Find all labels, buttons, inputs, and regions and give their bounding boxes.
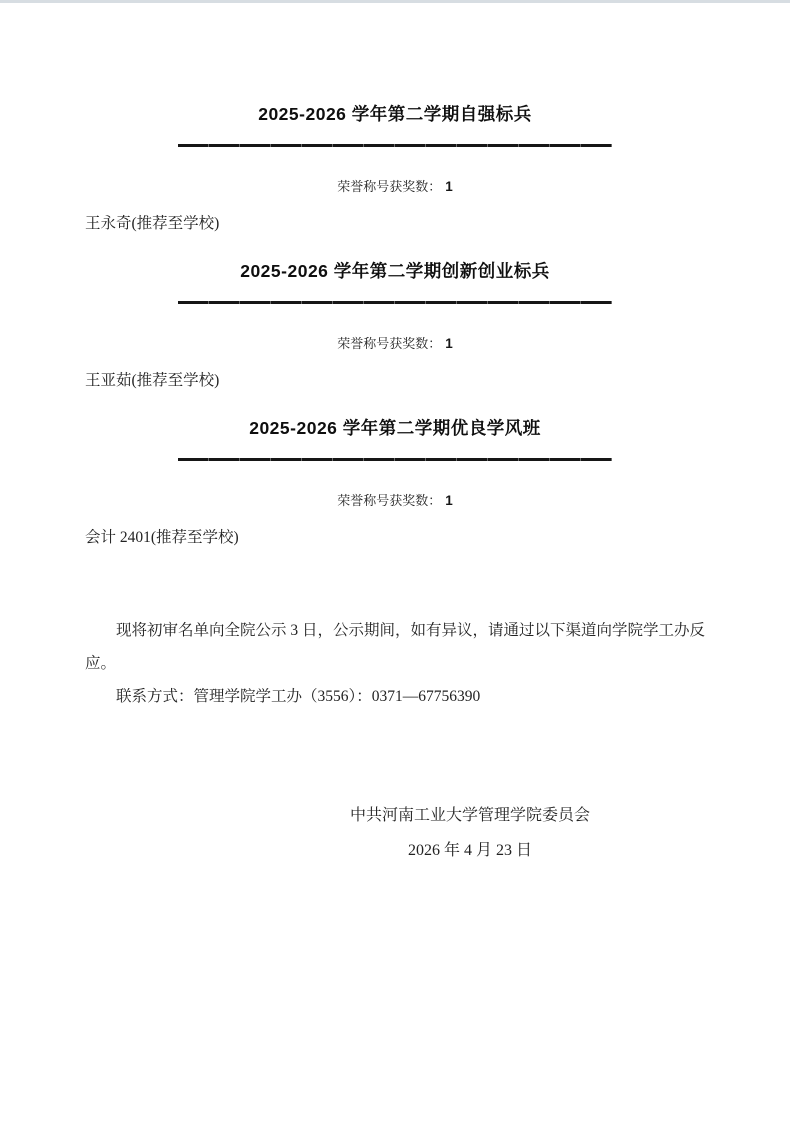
notice-paragraph: 现将初审名单向全院公示 3 日，公示期间，如有异议，请通过以下渠道向学院学工办反… bbox=[85, 614, 705, 680]
signature-date: 2026 年 4 月 23 日 bbox=[327, 841, 613, 861]
award-count-line: 荣誉称号获奖数：1 bbox=[85, 335, 705, 352]
recipient-name: 王亚茹(推荐至学校) bbox=[85, 371, 705, 391]
award-count-label: 荣誉称号获奖数： bbox=[337, 493, 441, 508]
recipient-name: 王永奇(推荐至学校) bbox=[85, 214, 705, 234]
award-section: 2025-2026 学年第二学期自强标兵 荣誉称号获奖数：1 王永奇(推荐至学校… bbox=[85, 103, 705, 234]
section-divider-line bbox=[178, 144, 612, 147]
window-top-edge bbox=[0, 0, 790, 3]
award-section-title: 2025-2026 学年第二学期优良学风班 bbox=[85, 417, 705, 439]
document-page: 2025-2026 学年第二学期自强标兵 荣誉称号获奖数：1 王永奇(推荐至学校… bbox=[0, 103, 790, 861]
recipient-name: 会计 2401(推荐至学校) bbox=[85, 528, 705, 548]
award-count-value: 1 bbox=[445, 493, 453, 508]
section-divider-line bbox=[178, 301, 612, 304]
award-section: 2025-2026 学年第二学期创新创业标兵 荣誉称号获奖数：1 王亚茹(推荐至… bbox=[85, 260, 705, 391]
section-divider-line bbox=[178, 458, 612, 461]
signature-block: 中共河南工业大学管理学院委员会 2026 年 4 月 23 日 bbox=[327, 806, 613, 861]
award-count-line: 荣誉称号获奖数：1 bbox=[85, 492, 705, 509]
award-section: 2025-2026 学年第二学期优良学风班 荣誉称号获奖数：1 会计 2401(… bbox=[85, 417, 705, 548]
contact-line: 联系方式：管理学院学工办（3556）：0371—67756390 bbox=[85, 680, 705, 713]
award-count-label: 荣誉称号获奖数： bbox=[337, 179, 441, 194]
award-count-value: 1 bbox=[445, 179, 453, 194]
signature-organization: 中共河南工业大学管理学院委员会 bbox=[327, 806, 613, 826]
award-section-title: 2025-2026 学年第二学期创新创业标兵 bbox=[85, 260, 705, 282]
award-count-value: 1 bbox=[445, 336, 453, 351]
award-section-title: 2025-2026 学年第二学期自强标兵 bbox=[85, 103, 705, 125]
award-count-label: 荣誉称号获奖数： bbox=[337, 336, 441, 351]
award-count-line: 荣誉称号获奖数：1 bbox=[85, 178, 705, 195]
